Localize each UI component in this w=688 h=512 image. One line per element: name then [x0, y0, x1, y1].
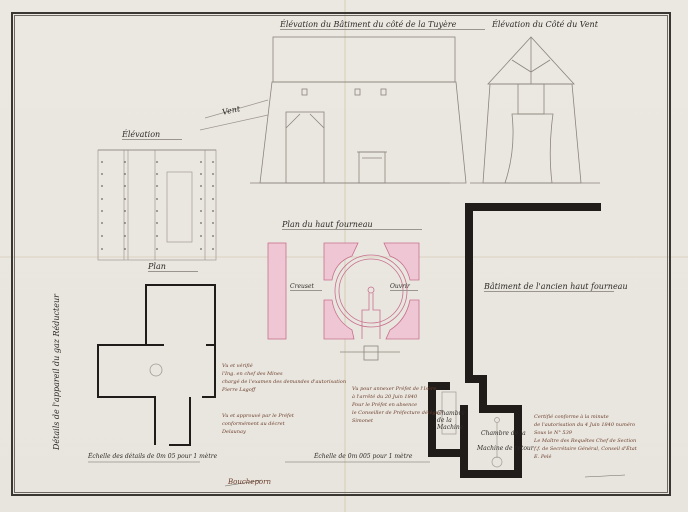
side-elevation	[470, 37, 600, 183]
scale-left: Échelle des détails de 0m 05 pour 1 mètr…	[88, 453, 217, 460]
title-left-plan: Plan	[148, 262, 198, 272]
left-plan	[98, 285, 215, 445]
title-left-elevation: Élévation	[122, 130, 182, 140]
vertical-title: Détails de l'appareil du gaz Réducteur	[52, 294, 61, 450]
label-chamber-2-line2: Machine de retour	[477, 445, 534, 452]
scale-lines	[88, 462, 625, 486]
front-elevation	[250, 37, 466, 183]
annotation-right: Certifié conforme à la minute de l'autor…	[534, 413, 637, 461]
label-old-building: Bâtiment de l'ancien haut fourneau	[484, 282, 614, 292]
label-chamber-2-line1: Chambre de la	[481, 430, 526, 437]
elevation-bolts	[101, 161, 214, 250]
label-ouvrir: Ouvrir	[390, 283, 418, 291]
plan-circle	[150, 364, 162, 376]
annotation-center: Vu pour annexer Préfet de l'Isère à l'ar…	[352, 385, 442, 425]
title-front-elevation: Élévation du Bâtiment du côté de la Tuyè…	[280, 20, 485, 30]
left-elevation	[98, 150, 216, 260]
furnace-plan	[268, 243, 419, 339]
signature-bottom: Boucheporn	[228, 478, 271, 486]
label-creuset: Creuset	[290, 283, 322, 291]
title-furnace-plan: Plan du haut fourneau	[282, 220, 422, 230]
title-side-elevation: Élévation du Côté du Vent	[492, 20, 598, 29]
annotation-left-2: Vu et approuvé par le Préfet conformémen…	[222, 412, 294, 436]
furnace-sub	[340, 346, 400, 360]
scale-center: Échelle de 0m 005 pour 1 mètre	[314, 453, 412, 460]
annotation-left: Vu et vérifié l'Ing. en chef des Mines c…	[222, 362, 346, 394]
